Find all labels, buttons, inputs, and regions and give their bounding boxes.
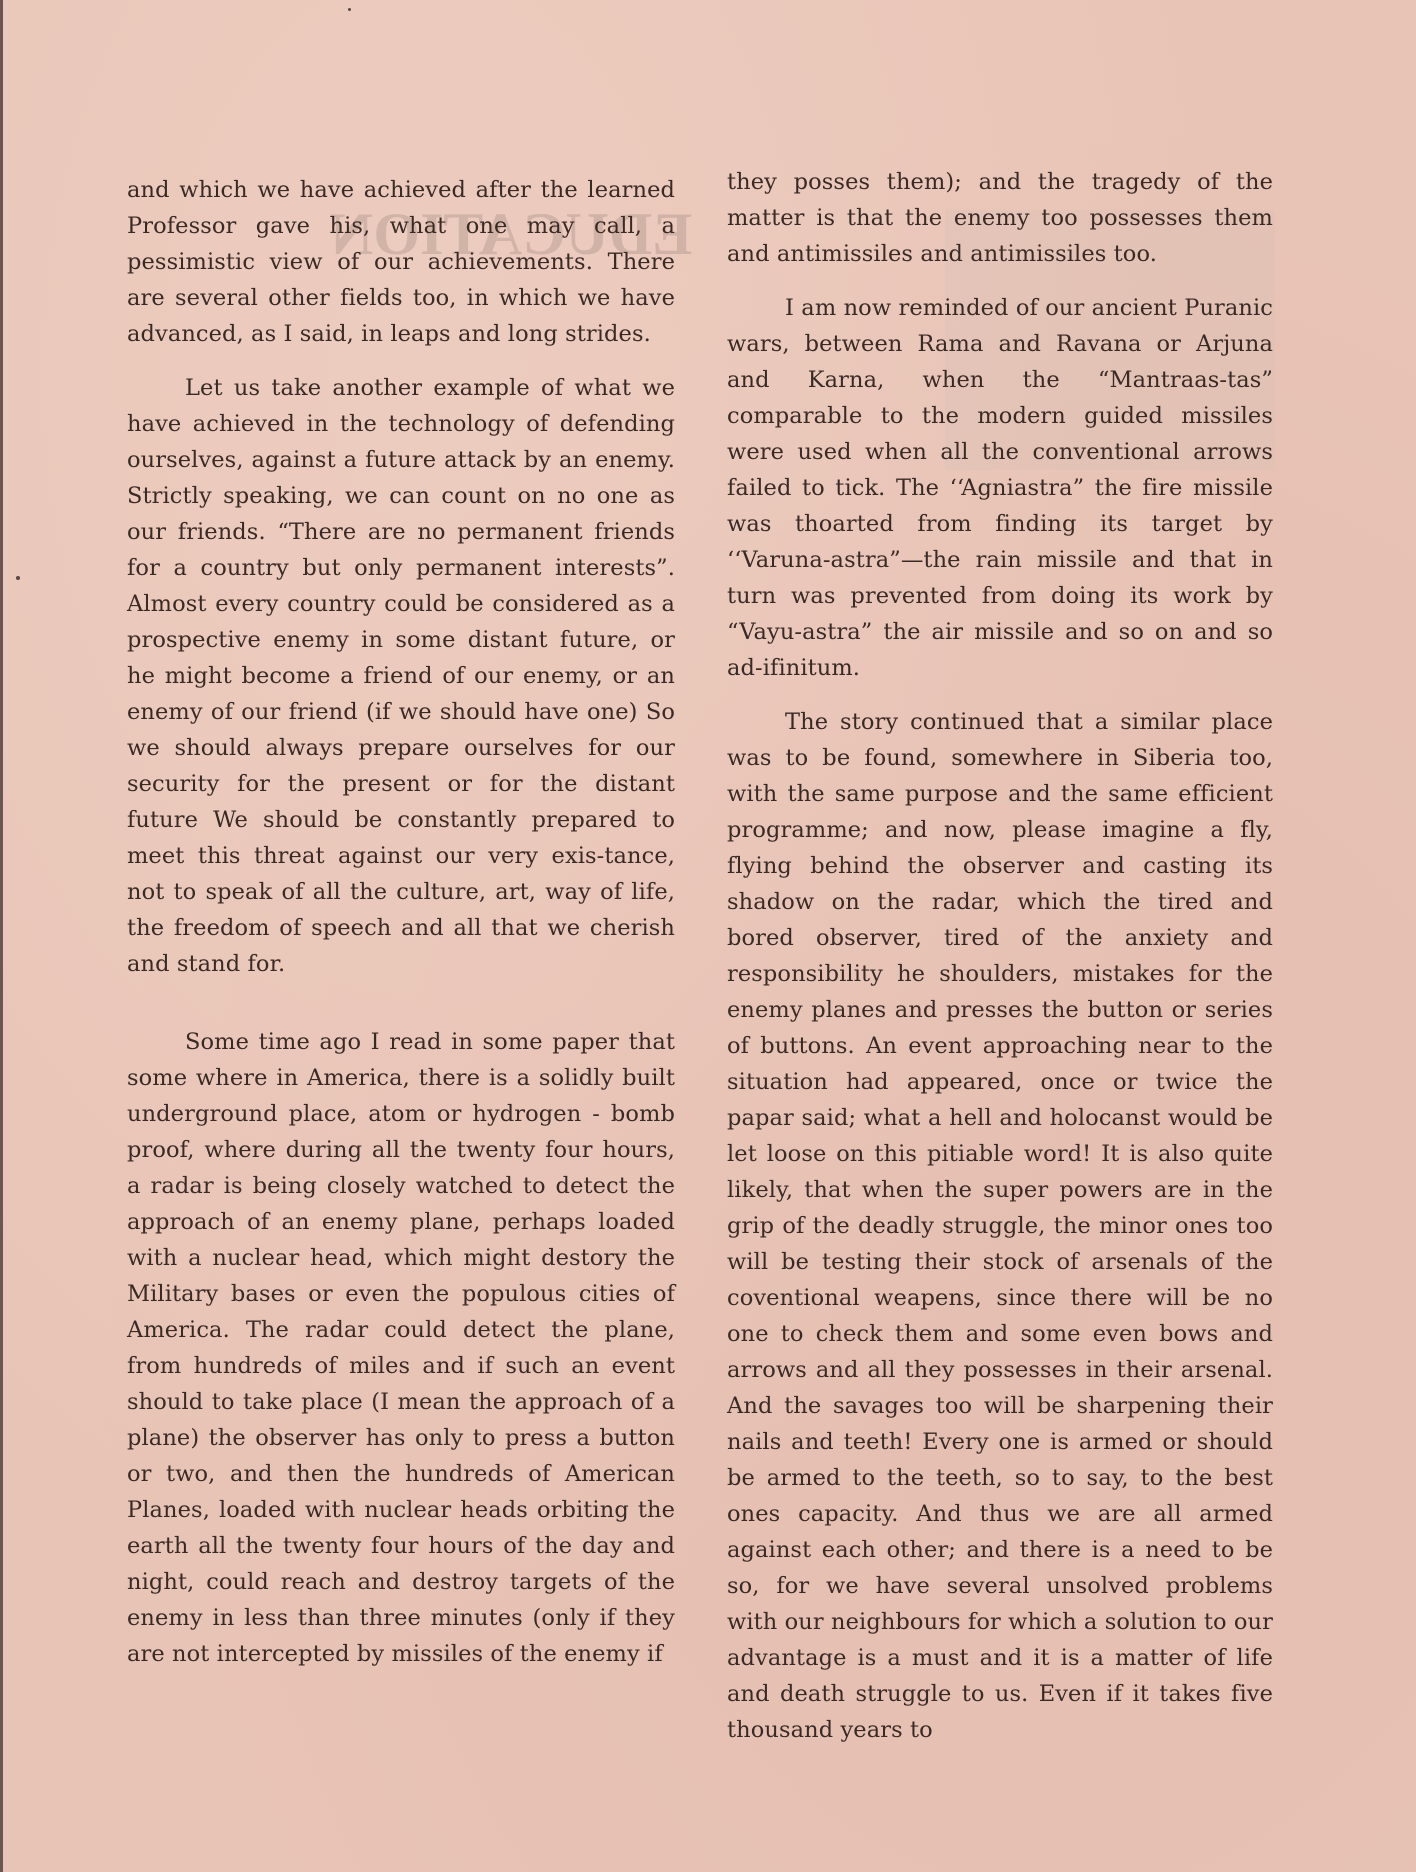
paper-speck	[16, 576, 20, 580]
paragraph: Let us take another example of what we h…	[127, 370, 675, 982]
scanned-page: EDUCATION and which we have achieved aft…	[0, 0, 1416, 1872]
paragraph: I am now reminded of our ancient Puranic…	[727, 290, 1273, 686]
paper-speck	[348, 8, 351, 11]
page-edge	[0, 0, 3, 1872]
paragraph: The story continued that a similar place…	[727, 704, 1273, 1748]
paragraph: and which we have achieved after the lea…	[127, 172, 675, 352]
paragraph: Some time ago I read in some paper that …	[127, 1024, 675, 1672]
paragraph: they posses them); and the tragedy of th…	[727, 164, 1273, 272]
left-column: and which we have achieved after the lea…	[127, 172, 675, 1672]
right-column: they posses them); and the tragedy of th…	[727, 164, 1273, 1748]
